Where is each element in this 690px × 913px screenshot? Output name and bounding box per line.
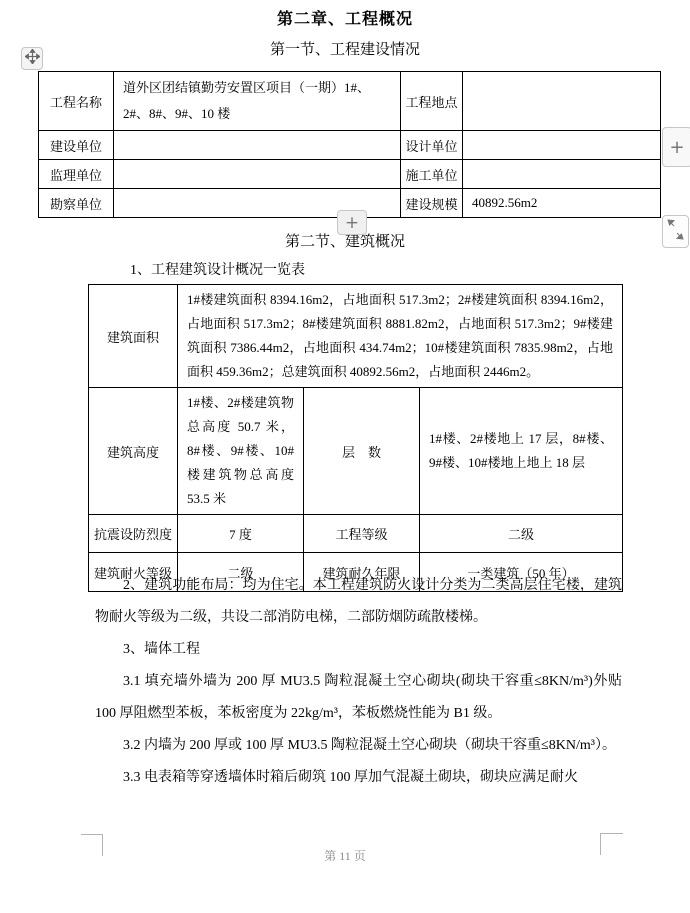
table-row: 监理单位 施工单位 bbox=[39, 160, 661, 189]
add-row-bottom-button[interactable]: + bbox=[337, 210, 367, 235]
owner-unit-label: 建设单位 bbox=[39, 131, 114, 160]
paragraph-wall-3-1: 3.1 填充墙外墙为 200 厚 MU3.5 陶粒混凝土空心砌块(砌块干容重≤8… bbox=[95, 666, 622, 730]
scale-label: 建设规模 bbox=[401, 189, 463, 218]
page-number-footer: 第 11 页 bbox=[0, 847, 690, 864]
add-row-right-button[interactable]: + bbox=[662, 127, 690, 167]
design-unit-label: 设计单位 bbox=[401, 131, 463, 160]
project-location-label: 工程地点 bbox=[401, 72, 463, 131]
resize-icon bbox=[666, 217, 685, 246]
project-info-table: 工程名称 道外区团结镇勤劳安置区项目（一期）1#、2#、8#、9#、10 楼 工… bbox=[38, 71, 661, 218]
design-unit-value bbox=[463, 131, 661, 160]
section1-heading: 第一节、工程建设情况 bbox=[0, 38, 690, 59]
paragraph-wall-3-2: 3.2 内墙为 200 厚或 100 厚 MU3.5 陶粒混凝土空心砌块（砌块干… bbox=[95, 730, 622, 762]
seismic-label: 抗震设防烈度 bbox=[89, 515, 178, 553]
height-value: 1#楼、2#楼建筑物总高度 50.7 米，8#楼、9#楼、10#楼建筑物总高度 … bbox=[178, 388, 304, 515]
overview-list-heading: 1、工程建筑设计概况一览表 bbox=[130, 259, 305, 279]
paragraph-wall-works-heading: 3、墙体工程 bbox=[95, 634, 622, 666]
grade-label: 工程等级 bbox=[304, 515, 420, 553]
plus-icon: + bbox=[345, 213, 359, 233]
owner-unit-value bbox=[114, 131, 401, 160]
chapter-title: 第二章、工程概况 bbox=[0, 6, 690, 29]
project-name-value: 道外区团结镇勤劳安置区项目（一期）1#、2#、8#、9#、10 楼 bbox=[114, 72, 401, 131]
scale-value: 40892.56m2 bbox=[463, 189, 661, 218]
table-row: 建设单位 设计单位 bbox=[39, 131, 661, 160]
floors-value: 1#楼、2#楼地上 17 层，8#楼、9#楼、10#楼地上地上 18 层 bbox=[420, 388, 623, 515]
move-icon bbox=[25, 49, 40, 68]
document-page: 第二章、工程概况 第一节、工程建设情况 + + bbox=[0, 0, 690, 913]
floors-label: 层 数 bbox=[304, 388, 420, 515]
area-label: 建筑面积 bbox=[89, 285, 178, 388]
project-location-value bbox=[463, 72, 661, 131]
paragraph-function-layout: 2、建筑功能布局：均为住宅。本工程建筑防火设计分类为二类高层住宅楼，建筑物耐火等… bbox=[95, 570, 622, 634]
table-row: 建筑高度 1#楼、2#楼建筑物总高度 50.7 米，8#楼、9#楼、10#楼建筑… bbox=[89, 388, 623, 515]
supervision-unit-value bbox=[114, 160, 401, 189]
construction-unit-label: 施工单位 bbox=[401, 160, 463, 189]
project-name-label: 工程名称 bbox=[39, 72, 114, 131]
margin-crop-mark-bottom-right bbox=[600, 833, 623, 834]
seismic-value: 7 度 bbox=[178, 515, 304, 553]
survey-unit-label: 勘察单位 bbox=[39, 189, 114, 218]
plus-icon: + bbox=[669, 137, 684, 158]
design-overview-table: 建筑面积 1#楼建筑面积 8394.16m2，占地面积 517.3m2；2#楼建… bbox=[88, 284, 623, 592]
supervision-unit-label: 监理单位 bbox=[39, 160, 114, 189]
area-value: 1#楼建筑面积 8394.16m2，占地面积 517.3m2；2#楼建筑面积 8… bbox=[178, 285, 623, 388]
move-handle[interactable] bbox=[21, 47, 43, 70]
table-row: 抗震设防烈度 7 度 工程等级 二级 bbox=[89, 515, 623, 553]
paragraph-wall-3-3: 3.3 电表箱等穿透墙体时箱后砌筑 100 厚加气混凝土砌块，砌块应满足耐火 bbox=[95, 762, 622, 794]
table-row: 建筑面积 1#楼建筑面积 8394.16m2，占地面积 517.3m2；2#楼建… bbox=[89, 285, 623, 388]
construction-unit-value bbox=[463, 160, 661, 189]
body-text: 2、建筑功能布局：均为住宅。本工程建筑防火设计分类为二类高层住宅楼，建筑物耐火等… bbox=[95, 570, 622, 794]
table-row: 工程名称 道外区团结镇勤劳安置区项目（一期）1#、2#、8#、9#、10 楼 工… bbox=[39, 72, 661, 131]
grade-value: 二级 bbox=[420, 515, 623, 553]
height-label: 建筑高度 bbox=[89, 388, 178, 515]
margin-crop-mark-bottom-left bbox=[81, 834, 103, 835]
resize-handle[interactable] bbox=[662, 215, 689, 248]
